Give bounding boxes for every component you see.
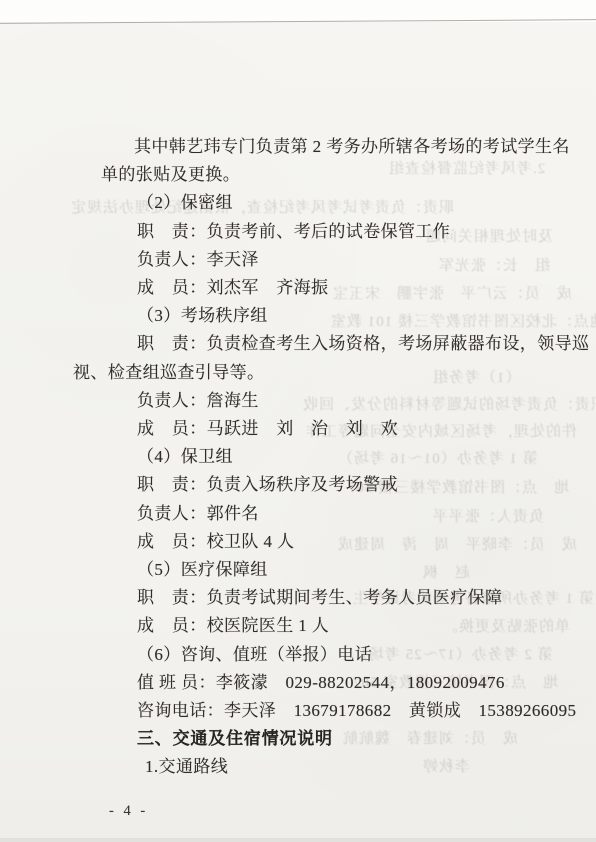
page-number: - 4 - bbox=[109, 803, 148, 820]
document-line: （5）医疗保障组 bbox=[137, 556, 551, 584]
document-line: 负责人：詹海生 bbox=[137, 387, 551, 415]
document-line: 视、检查组巡查引导等。 bbox=[73, 359, 551, 387]
document-line: 其中韩艺玮专门负责第 2 考务办所辖各考场的考试学生名 bbox=[134, 133, 551, 161]
document-line: 职 责：负责入场秩序及考场警戒 bbox=[137, 471, 551, 499]
document-line: 成 员：刘杰军 齐海振 bbox=[137, 274, 551, 302]
document-line: 职 责：负责考前、考后的试卷保管工作 bbox=[137, 218, 551, 246]
document-line: （6）咨询、值班（举报）电话 bbox=[137, 641, 551, 669]
document-body: 其中韩艺玮专门负责第 2 考务办所辖各考场的考试学生名单的张贴及更换。（2）保密… bbox=[73, 133, 551, 782]
document-line: 成 员：马跃进 刘 治 刘 欢 bbox=[137, 415, 551, 443]
document-line: 成 员：校医院医生 1 人 bbox=[137, 612, 551, 640]
document-line: 咨询电话：李天泽 13679178682 黄锁成 15389266095 bbox=[137, 697, 551, 725]
document-line: （3）考场秩序组 bbox=[137, 302, 551, 330]
document-line: 值 班 员：李筱濛 029-88202544，18092009476 bbox=[137, 669, 551, 697]
document-line: （2）保密组 bbox=[137, 189, 551, 217]
document-line: 负责人：郭件名 bbox=[137, 500, 551, 528]
document-line: 职 责：负责检查考生入场资格，考场屏蔽器布设，领导巡 bbox=[137, 330, 551, 358]
document-line: 1.交通路线 bbox=[145, 753, 551, 781]
document-line: （4）保卫组 bbox=[137, 443, 551, 471]
document-line: 负责人：李天泽 bbox=[137, 246, 551, 274]
section-heading: 三、交通及住宿情况说明 bbox=[137, 725, 551, 753]
document-line: 职 责：负责考试期间考生、考务人员医疗保障 bbox=[137, 584, 551, 612]
document-line: 单的张贴及更换。 bbox=[101, 161, 551, 189]
scanned-document-page: 2.考风考纪监督检查组职责：负责考试考风考纪检查，依据违纪处理办法规定及时处理相… bbox=[0, 0, 596, 842]
document-line: 成 员：校卫队 4 人 bbox=[137, 528, 551, 556]
